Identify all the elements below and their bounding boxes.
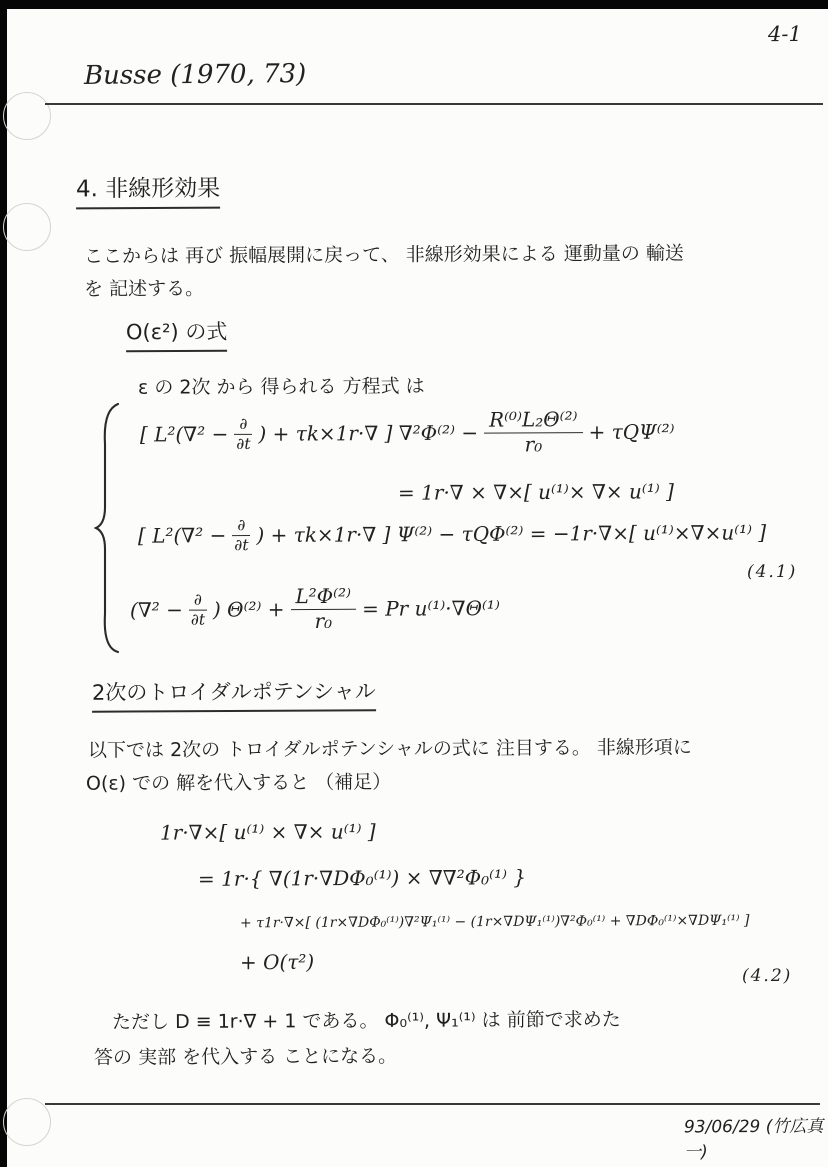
punch-hole <box>3 203 51 251</box>
subsection2-title: 2次のトロイダルポテンシャル <box>92 675 376 712</box>
fraction-poloidal: L²Φ⁽²⁾ r₀ <box>290 586 356 633</box>
scan-border-left <box>0 0 7 1167</box>
fraction-buoyancy: R⁽⁰⁾L₂Θ⁽²⁾ r₀ <box>484 409 583 456</box>
eq42-line3: + τ1r·∇×[ (1r×∇DΦ₀⁽¹⁾)∇²Ψ₁⁽¹⁾ − (1r×∇DΨ₁… <box>240 913 750 932</box>
page-number: 4-1 <box>768 22 802 46</box>
intro-line-1: ここからは 再び 振幅展開に戻って、 非線形効果による 運動量の 輸送 <box>84 238 684 268</box>
equation-label-42: (4.2) <box>742 966 792 986</box>
fraction-numerator: R⁽⁰⁾L₂Θ⁽²⁾ <box>484 409 583 433</box>
punch-hole <box>3 1098 51 1146</box>
intro-line-2: を 記述する。 <box>84 274 204 302</box>
fraction-denominator: ∂t <box>191 610 205 628</box>
equation-label-41: (4.1) <box>747 562 797 582</box>
subsection2-lead-2: O(ε) での 解を代入すると （補足） <box>86 767 391 796</box>
eq-segment: (∇² − <box>130 598 183 622</box>
eq41-line2: [ L²(∇² − ∂ ∂t ) + τk×1r·∇ ] Ψ⁽²⁾ − τQΦ⁽… <box>138 514 766 554</box>
note-line-1: ただし D ≡ 1r·∇ + 1 である。 Φ₀⁽¹⁾, Ψ₁⁽¹⁾ は 前節で… <box>112 1005 621 1035</box>
eq-segment: [ L²(∇² − <box>140 422 228 446</box>
eq41-line1: [ L²(∇² − ∂ ∂t ) + τk×1r·∇ ] ∇²Φ⁽²⁾ − R⁽… <box>140 409 675 458</box>
eq-segment: ) + τk×1r·∇ ] ∇²Φ⁽²⁾ − <box>258 421 478 446</box>
fraction-ddt: ∂ ∂t <box>232 517 250 554</box>
fraction-numerator: ∂ <box>189 591 207 610</box>
header-rule <box>45 103 823 105</box>
date-signature: 93/06/29 (竹広真一) <box>684 1112 828 1163</box>
fraction-ddt: ∂ ∂t <box>189 591 207 628</box>
fraction-numerator: L²Φ⁽²⁾ <box>290 586 356 610</box>
eq-segment: + τQΨ⁽²⁾ <box>588 420 674 444</box>
note-line-2: 答の 実部 を代入する ことになる。 <box>94 1041 397 1070</box>
scan-border-top <box>0 0 828 9</box>
curly-brace-icon <box>94 402 124 654</box>
eq-segment: = Pr u⁽¹⁾·∇Θ⁽¹⁾ <box>362 596 500 621</box>
eq42-line1: 1r·∇×[ u⁽¹⁾ × ∇× u⁽¹⁾ ] <box>160 819 376 844</box>
eq42-line2: = 1r·{ ∇(1r·∇DΦ₀⁽¹⁾) × ∇∇²Φ₀⁽¹⁾ } <box>198 865 526 891</box>
eq-segment: = 1r·∇ × ∇×[ u⁽¹⁾× ∇× u⁽¹⁾ ] <box>398 479 674 504</box>
scanned-page: 4-1 Busse (1970, 73) 4. 非線形効果 ここからは 再び 振… <box>0 0 828 1167</box>
fraction-ddt: ∂ ∂t <box>234 416 252 453</box>
footer-rule <box>45 1103 820 1105</box>
eq42-line4: + O(τ²) <box>240 950 314 974</box>
fraction-denominator: ∂t <box>236 434 250 452</box>
subsection1-lead: ε の 2次 から 得られる 方程式 は <box>138 371 425 400</box>
fraction-denominator: r₀ <box>314 610 332 633</box>
eq41-line1-rhs: = 1r·∇ × ∇×[ u⁽¹⁾× ∇× u⁽¹⁾ ] <box>398 479 674 504</box>
fraction-numerator: ∂ <box>234 416 252 435</box>
eq-segment: ) Θ⁽²⁾ + <box>213 597 285 621</box>
subsection2-lead-1: 以下では 2次の トロイダルポテンシャルの式に 注目する。 非線形項に <box>88 732 692 762</box>
eq-segment: ) + τk×1r·∇ ] Ψ⁽²⁾ − τQΦ⁽²⁾ = −1r·∇×[ u⁽… <box>256 521 766 548</box>
system-brace <box>94 402 124 658</box>
eq-segment: [ L²(∇² − <box>138 524 226 548</box>
fraction-denominator: ∂t <box>234 536 248 554</box>
fraction-denominator: r₀ <box>525 433 543 456</box>
punch-hole <box>3 92 51 140</box>
eq41-line3: (∇² − ∂ ∂t ) Θ⁽²⁾ + L²Φ⁽²⁾ r₀ = Pr u⁽¹⁾·… <box>130 585 500 633</box>
reference-title: Busse (1970, 73) <box>84 59 307 91</box>
subsection1-title: O(ε²) の式 <box>126 316 228 353</box>
fraction-numerator: ∂ <box>232 517 250 536</box>
section-title: 4. 非線形効果 <box>76 170 220 210</box>
